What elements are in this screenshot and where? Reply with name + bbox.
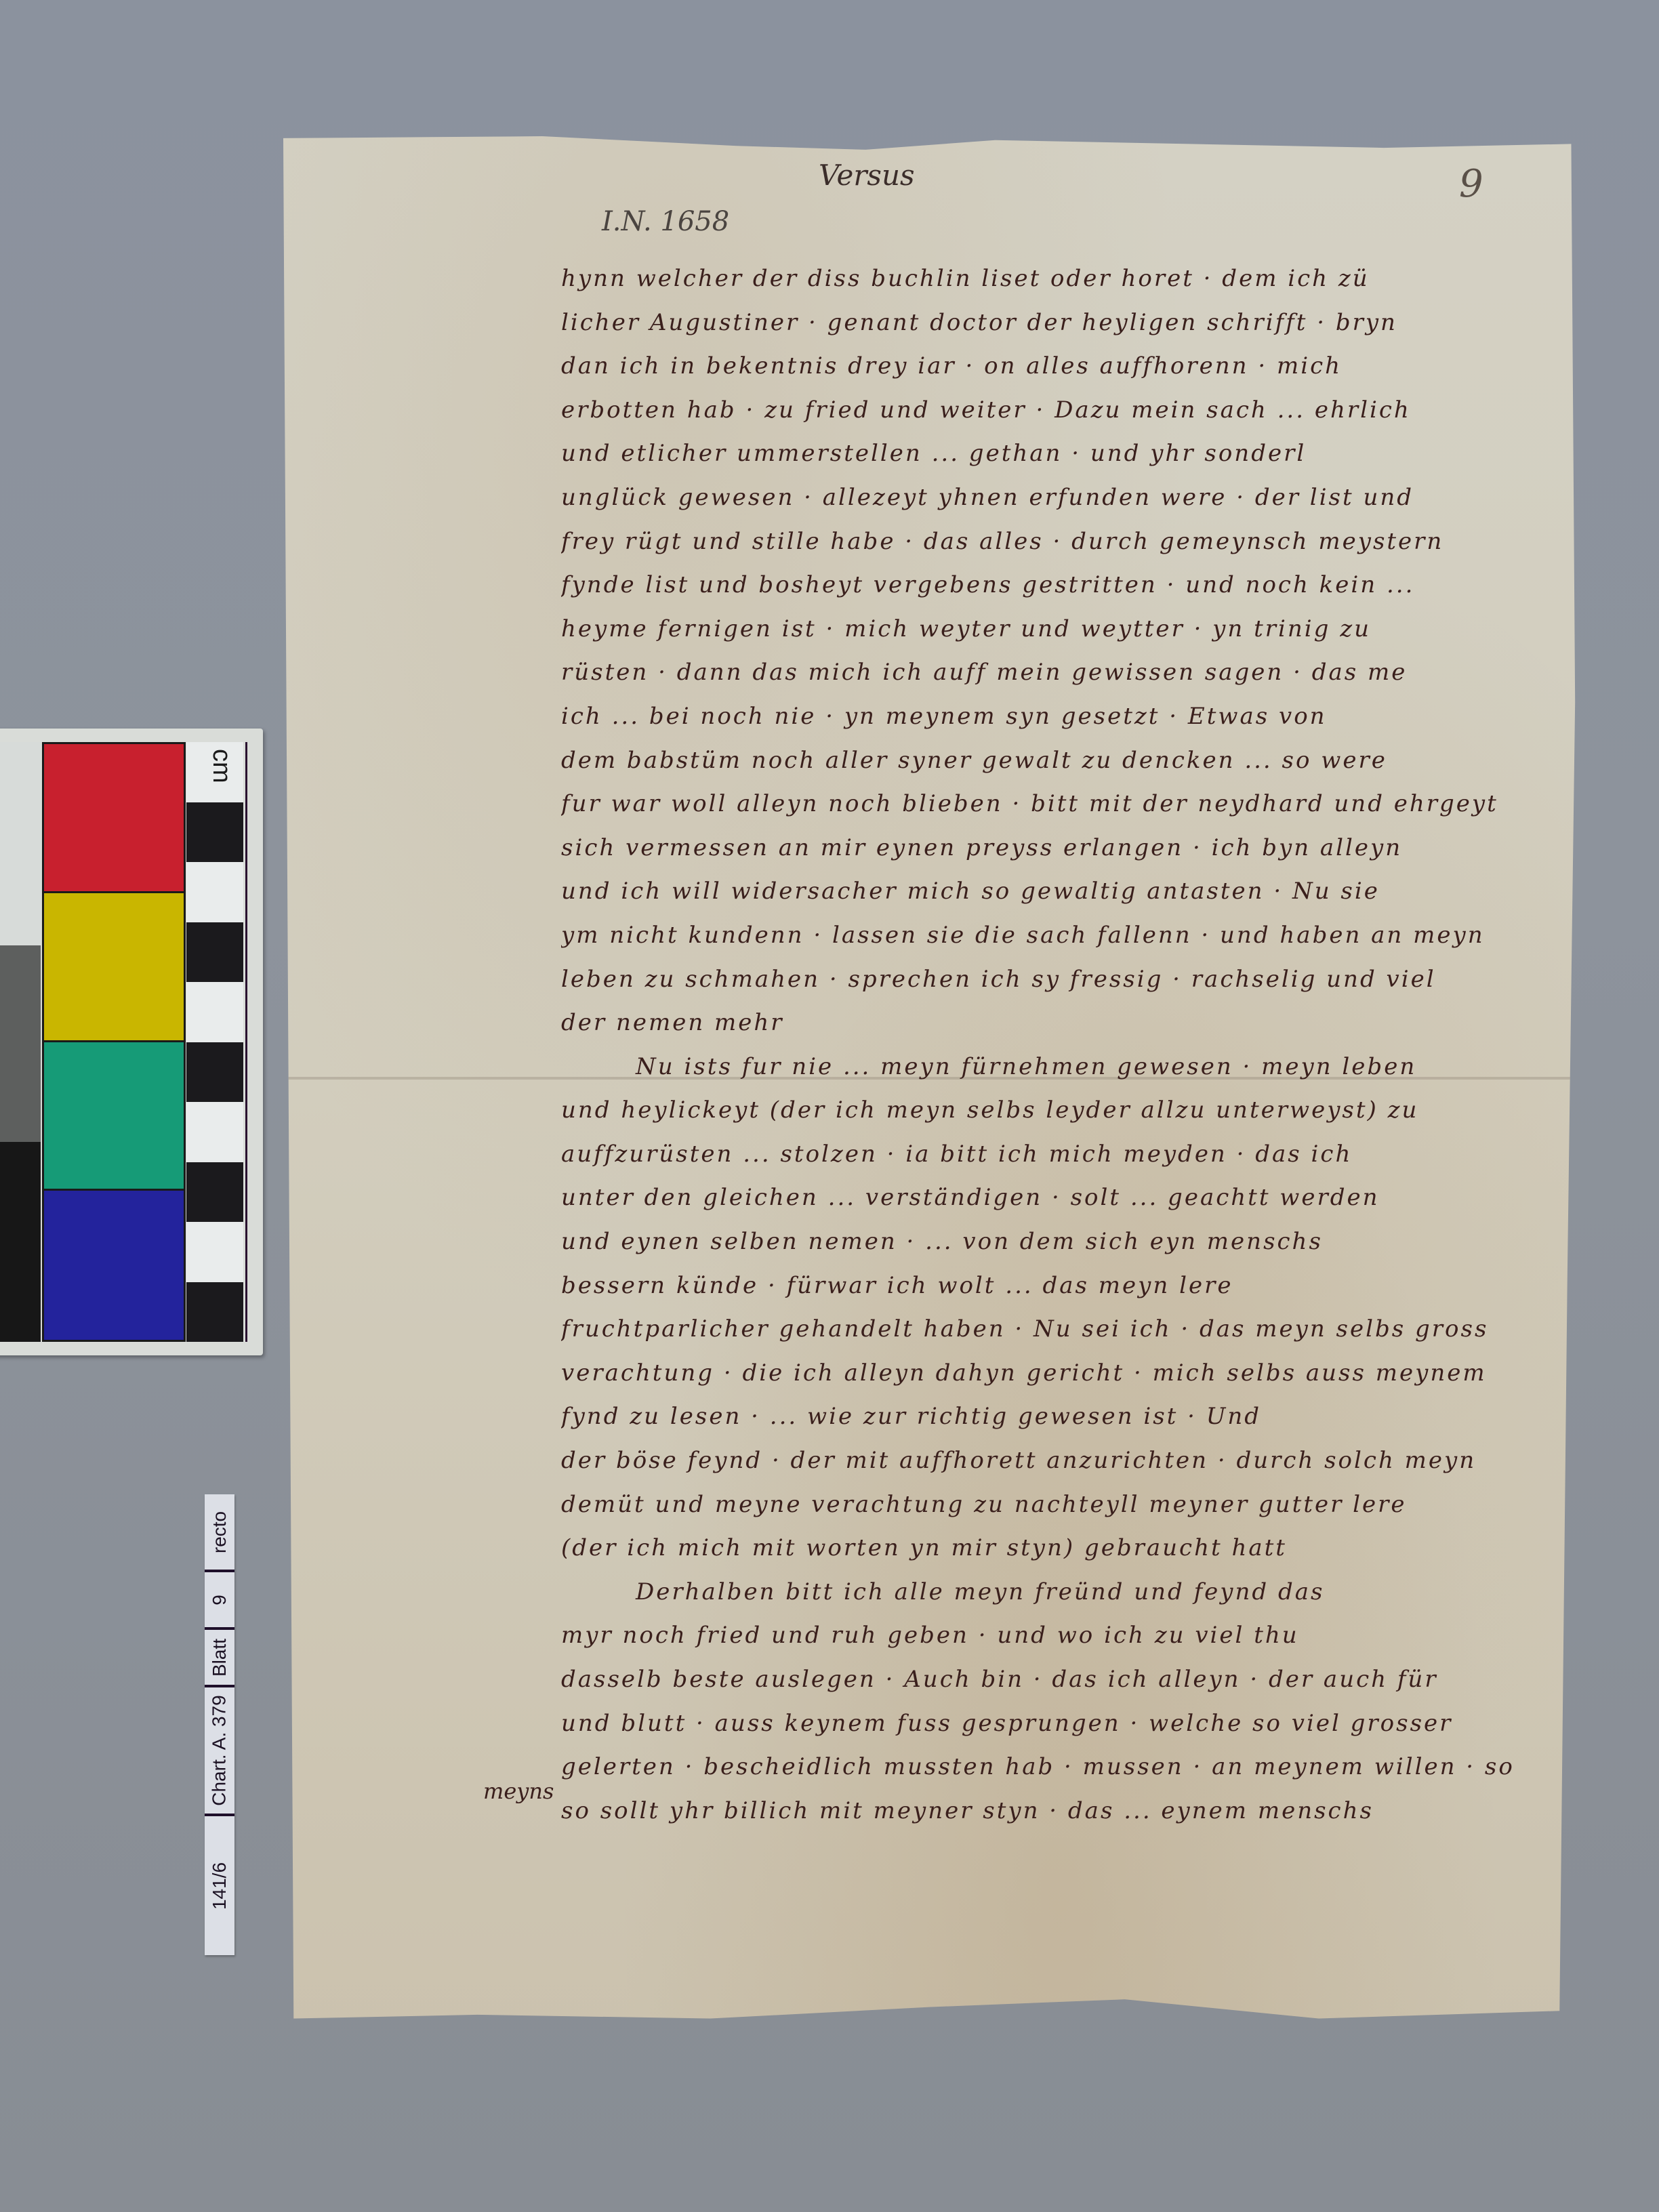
text-line: fynd zu lesen · ... wie zur richtig gewe… — [561, 1395, 1578, 1439]
text-line: fur war woll alleyn noch blieben · bitt … — [561, 782, 1578, 826]
text-line-paragraph-start: Derhalben bitt ich alle meyn freünd und … — [561, 1570, 1578, 1614]
text-line: sich vermessen an mir eynen preyss erlan… — [561, 826, 1578, 870]
color-patches — [42, 742, 186, 1342]
centimeter-ruler — [186, 742, 247, 1342]
text-line: der böse feynd · der mit auffhorett anzu… — [561, 1439, 1578, 1483]
green-patch — [44, 1042, 184, 1191]
text-line: verachtung · die ich alleyn dahyn gerich… — [561, 1351, 1578, 1395]
shelfmark-collection: Chart. A. 379 — [205, 1687, 234, 1816]
text-line: dan ich in bekentnis drey iar · on alles… — [561, 344, 1578, 388]
shelfmark-label: recto 9 Blatt Chart. A. 379 141/6 — [205, 1494, 234, 1955]
archive-number-annotation: I.N. 1658 — [602, 206, 729, 237]
gray-patch-light — [0, 742, 41, 945]
text-line: licher Augustiner · genant doctor der he… — [561, 301, 1578, 345]
text-line-paragraph-start: Nu ists fur nie ... meyn fürnehmen gewes… — [561, 1045, 1578, 1089]
text-line: hynn welcher der diss buchlin liset oder… — [561, 257, 1578, 301]
marginal-note: meyns — [483, 1778, 554, 1804]
text-line: frey rügt und stille habe · das alles · … — [561, 520, 1578, 564]
text-line: und ich will widersacher mich so gewalti… — [561, 869, 1578, 914]
cm-unit-label: cm — [207, 749, 236, 783]
gray-patch-dark — [0, 1142, 41, 1342]
text-line: ich ... bei noch nie · yn meynem syn ges… — [561, 695, 1578, 739]
color-calibration-card: cm — [0, 729, 263, 1355]
text-line: und etlicher ummerstellen ... gethan · u… — [561, 432, 1578, 476]
red-patch — [44, 744, 184, 893]
text-line: dem babstüm noch aller syner gewalt zu d… — [561, 739, 1578, 783]
text-line: demüt und meyne verachtung zu nachteyll … — [561, 1483, 1578, 1527]
text-line: dasselb beste auslegen · Auch bin · das … — [561, 1658, 1578, 1702]
shelfmark-blatt: Blatt — [205, 1630, 234, 1687]
shelfmark-signature: 141/6 — [205, 1816, 234, 1955]
grayscale-patches — [0, 742, 41, 1342]
shelfmark-recto: recto — [205, 1494, 234, 1572]
text-line: der nemen mehr — [561, 1001, 1578, 1045]
text-line: so sollt yhr billich mit meyner styn · d… — [561, 1789, 1578, 1833]
text-line: heyme fernigen ist · mich weyter und wey… — [561, 607, 1578, 651]
shelfmark-leaf-number: 9 — [205, 1572, 234, 1630]
text-line: unglück gewesen · allezeyt yhnen erfunde… — [561, 476, 1578, 520]
text-line: myr noch fried und ruh geben · und wo ic… — [561, 1614, 1578, 1658]
yellow-patch — [44, 893, 184, 1042]
folio-number: 9 — [1459, 162, 1483, 206]
text-line: erbotten hab · zu fried und weiter · Daz… — [561, 388, 1578, 432]
text-line: fruchtparlicher gehandelt haben · Nu sei… — [561, 1307, 1578, 1351]
text-line: rüsten · dann das mich ich auff mein gew… — [561, 651, 1578, 695]
manuscript-leaf: I.N. 1658 Versus 9 hynn welcher der diss… — [283, 125, 1578, 2049]
text-line: und blutt · auss keynem fuss gesprungen … — [561, 1702, 1578, 1746]
text-line: gelerten · bescheidlich mussten hab · mu… — [561, 1745, 1578, 1789]
text-line: ym nicht kundenn · lassen sie die sach f… — [561, 914, 1578, 958]
text-line: auffzurüsten ... stolzen · ia bitt ich m… — [561, 1132, 1578, 1176]
letter-body: hynn welcher der diss buchlin liset oder… — [561, 257, 1578, 1832]
text-line: (der ich mich mit worten yn mir styn) ge… — [561, 1526, 1578, 1570]
text-line: fynde list und bosheyt vergebens gestrit… — [561, 563, 1578, 607]
blue-patch — [44, 1191, 184, 1340]
gray-patch-mid — [0, 945, 41, 1142]
text-line: leben zu schmahen · sprechen ich sy fres… — [561, 958, 1578, 1002]
text-line: bessern künde · fürwar ich wolt ... das … — [561, 1264, 1578, 1308]
page-heading: Versus — [819, 159, 915, 192]
text-line: unter den gleichen ... verständigen · so… — [561, 1176, 1578, 1220]
text-line: und eynen selben nemen · ... von dem sic… — [561, 1220, 1578, 1264]
text-line: und heylickeyt (der ich meyn selbs leyde… — [561, 1088, 1578, 1132]
